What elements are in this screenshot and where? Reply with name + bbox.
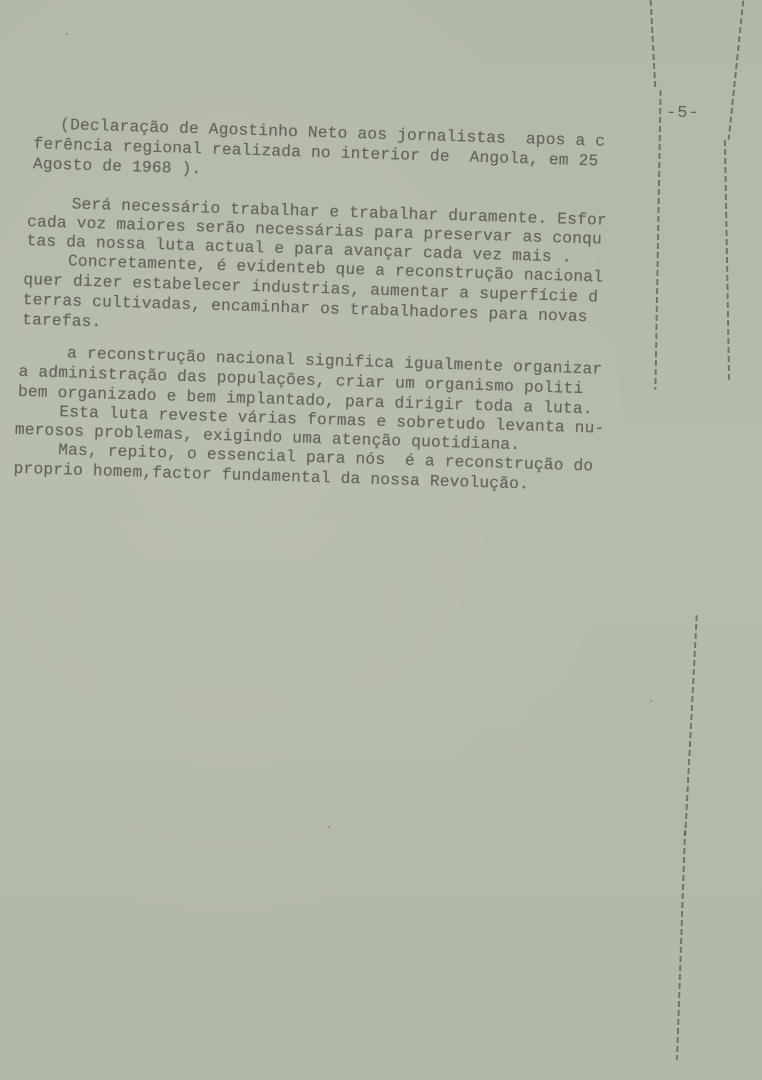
paragraph-line: tarefas.	[22, 311, 102, 331]
paper-speck	[650, 700, 652, 702]
document-body: (Declaração de Agostinho Neto aos jornal…	[4, 0, 762, 21]
fold-line-upper-mid	[654, 90, 661, 390]
document-page: -5- (Declaração de Agostinho Neto aos jo…	[0, 0, 762, 1080]
caption-line: Agosto de 1968 ).	[33, 155, 202, 178]
paper-speck	[66, 33, 68, 35]
fold-line-lower-2	[676, 830, 686, 1060]
page-number: -5-	[666, 104, 700, 123]
fold-line-upper-left	[650, 0, 657, 90]
fold-line-lower	[684, 615, 698, 835]
fold-line-right	[724, 140, 730, 380]
fold-line-upper-right	[728, 0, 745, 139]
paper-speck	[328, 826, 330, 828]
